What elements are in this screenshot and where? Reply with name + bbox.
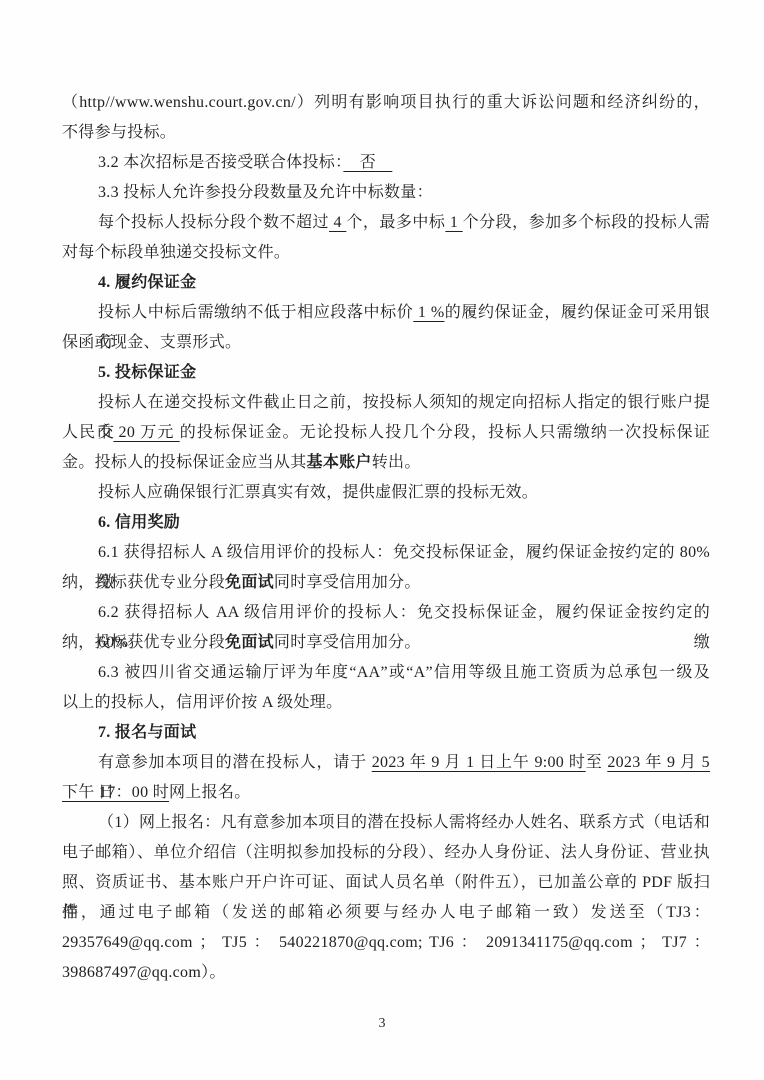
text-line: 29357649@qq.com ； TJ5 ： 540221870@qq.com…: [62, 928, 710, 958]
text-line: 6.3 被四川省交通运输厅评为年度“AA”或“A”信用等级且施工资质为总承包一级…: [62, 658, 710, 688]
text-run: 29357649@qq.com ； TJ5 ： 540221870@qq.com…: [62, 934, 710, 951]
heading-bid-bond: 5. 投标保证金: [62, 358, 710, 388]
bold-text-run: 免面试: [225, 574, 274, 591]
text-run: 同时享受信用加分。: [274, 574, 421, 591]
text-line: 下午 17：00 时网上报名。: [62, 778, 710, 808]
underlined-fill-in: 20 万元: [113, 424, 179, 441]
text-run: 的投标保证金。无论投标人投几个分段，投标人只需缴纳一次投标保证: [180, 424, 710, 441]
text-line: 纳，投标获优专业分段免面试同时享受信用加分。: [62, 568, 710, 598]
text-run: 纳，投标获优专业分段: [62, 634, 225, 651]
text-line: 有意参加本项目的潜在投标人，请于 2023 年 9 月 1 日上午 9:00 时…: [62, 748, 710, 778]
text-line: 照、资质证书、基本账户开户许可证、面试人员名单（附件五），已加盖公章的 PDF …: [62, 868, 710, 898]
text-line: 人民币 20 万元 的投标保证金。无论投标人投几个分段，投标人只需缴纳一次投标保…: [62, 418, 710, 448]
text-run: 件，通过电子邮箱（发送的邮箱必须要与经办人电子邮箱一致）发送至（TJ3：: [62, 904, 710, 921]
text-run: 人民币: [62, 424, 113, 441]
text-run: 3.2 本次招标是否接受联合体投标：: [98, 154, 343, 171]
text-line: 3.3 投标人允许参投分段数量及允许中标数量：: [62, 178, 710, 208]
text-line: 件，通过电子邮箱（发送的邮箱必须要与经办人电子邮箱一致）发送至（TJ3：: [62, 898, 710, 928]
text-line: 6.2 获得招标人 AA 级信用评价的投标人：免交投标保证金，履约保证金按约定的…: [62, 598, 710, 628]
underlined-fill-in: 下午 17：00 时: [62, 784, 169, 801]
text-run: （1）网上报名：凡有意参加本项目的潜在投标人需将经办人姓名、联系方式（电话和: [98, 814, 710, 831]
text-line: 投标人在递交投标文件截止日之前，按投标人须知的规定向招标人指定的银行账户提交: [62, 388, 710, 418]
text-line: 每个投标人投标分段个数不超过 4 个，最多中标 1 个分段，参加多个标段的投标人…: [62, 208, 710, 238]
text-run: 398687497@qq.com）。: [62, 964, 226, 981]
underlined-fill-in: 否: [343, 154, 392, 171]
text-line: 对每个标段单独递交投标文件。: [62, 238, 710, 268]
underlined-fill-in: 1 %: [413, 304, 444, 321]
bold-text-run: 5. 投标保证金: [98, 364, 196, 381]
text-line: （1）网上报名：凡有意参加本项目的潜在投标人需将经办人姓名、联系方式（电话和: [62, 808, 710, 838]
page-number: 3: [0, 1010, 764, 1038]
bold-text-run: 7. 报名与面试: [98, 724, 196, 741]
text-run: 以上的投标人，信用评价按 A 级处理。: [62, 694, 342, 711]
text-run: （http//www.wenshu.court.gov.cn/）列明有影响项目执…: [62, 94, 710, 111]
text-line: （http//www.wenshu.court.gov.cn/）列明有影响项目执…: [62, 88, 710, 118]
document-body: （http//www.wenshu.court.gov.cn/）列明有影响项目执…: [62, 88, 710, 988]
text-run: 不得参与投标。: [62, 124, 176, 141]
text-run: 保函或现金、支票形式。: [62, 334, 241, 351]
text-line: 以上的投标人，信用评价按 A 级处理。: [62, 688, 710, 718]
heading-registration-interview: 7. 报名与面试: [62, 718, 710, 748]
text-line: 不得参与投标。: [62, 118, 710, 148]
heading-performance-bond: 4. 履约保证金: [62, 268, 710, 298]
bold-text-run: 基本账户: [307, 454, 372, 471]
text-line: 金。投标人的投标保证金应当从其基本账户转出。: [62, 448, 710, 478]
text-line: 保函或现金、支票形式。: [62, 328, 710, 358]
heading-credit-reward: 6. 信用奖励: [62, 508, 710, 538]
text-line: 投标人中标后需缴纳不低于相应段落中标价 1 %的履约保证金，履约保证金可采用银行: [62, 298, 710, 328]
text-run: 金。投标人的投标保证金应当从其: [62, 454, 307, 471]
underlined-fill-in: 1: [445, 214, 462, 231]
text-run: 每个投标人投标分段个数不超过: [98, 214, 329, 231]
text-line: 6.1 获得招标人 A 级信用评价的投标人：免交投标保证金，履约保证金按约定的 …: [62, 538, 710, 568]
text-line: 投标人应确保银行汇票真实有效，提供虚假汇票的投标无效。: [62, 478, 710, 508]
text-run: 对每个标段单独递交投标文件。: [62, 244, 290, 261]
text-run: 个分段，参加多个标段的投标人需: [463, 214, 710, 231]
text-run: 3.3 投标人允许参投分段数量及允许中标数量：: [98, 184, 433, 201]
text-run: 网上报名。: [169, 784, 251, 801]
text-run: 转出。: [372, 454, 421, 471]
text-run: 同时享受信用加分。: [274, 634, 421, 651]
text-run: 纳，投标获优专业分段: [62, 574, 225, 591]
text-run: 至: [586, 754, 608, 771]
bold-text-run: 4. 履约保证金: [98, 274, 196, 291]
text-run: 投标人应确保银行汇票真实有效，提供虚假汇票的投标无效。: [98, 484, 538, 501]
underlined-fill-in: 2023 年 9 月 1 日上午 9:00 时: [372, 754, 586, 771]
text-run: 6.3 被四川省交通运输厅评为年度“AA”或“A”信用等级且施工资质为总承包一级…: [98, 664, 710, 681]
text-run: 有意参加本项目的潜在投标人，请于: [98, 754, 372, 771]
text-run: 电子邮箱）、单位介绍信（注明拟参加投标的分段）、经办人身份证、法人身份证、营业执: [62, 844, 710, 861]
text-line: 3.2 本次招标是否接受联合体投标： 否: [62, 148, 710, 178]
text-line: 398687497@qq.com）。: [62, 958, 710, 988]
text-run: 投标人中标后需缴纳不低于相应段落中标价: [98, 304, 413, 321]
underlined-fill-in: 4: [329, 214, 346, 231]
text-line: 电子邮箱）、单位介绍信（注明拟参加投标的分段）、经办人身份证、法人身份证、营业执: [62, 838, 710, 868]
bold-text-run: 免面试: [225, 634, 274, 651]
text-run: 个，最多中标: [346, 214, 445, 231]
bold-text-run: 6. 信用奖励: [98, 514, 180, 531]
document-page: （http//www.wenshu.court.gov.cn/）列明有影响项目执…: [0, 0, 764, 1080]
